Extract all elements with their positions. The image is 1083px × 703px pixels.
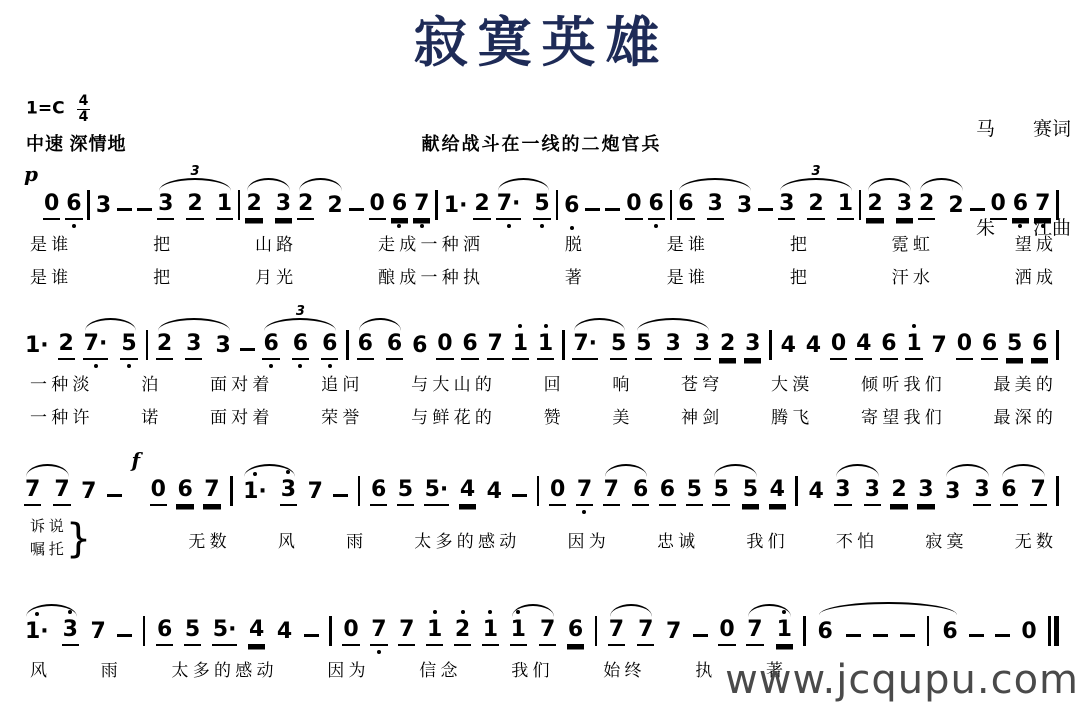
note: 7 <box>307 480 324 506</box>
note: 0 <box>625 192 642 220</box>
note: 3 <box>664 332 681 360</box>
bar-line <box>143 616 146 646</box>
dash-line <box>107 494 122 498</box>
tuplet-number: 3 <box>191 164 200 179</box>
octave-dot-above <box>286 470 290 474</box>
note: 6 <box>648 192 665 220</box>
note: 3 <box>944 480 961 506</box>
note: 3 <box>834 478 851 506</box>
note: 1 <box>216 192 233 220</box>
note: 4 <box>805 334 822 360</box>
note: 5 <box>712 478 729 506</box>
lyric-row: 是 谁把山 路走 成 一 种 洒脱是 谁把霓 虹望 成 <box>0 230 1083 255</box>
slur-group: 7·5 <box>496 192 551 220</box>
note: 6 <box>1000 478 1017 506</box>
note: 1· <box>443 194 469 220</box>
slur-group: 22 <box>918 192 965 220</box>
lyric-segment: 腾 飞 <box>771 403 809 428</box>
note: 7 <box>413 192 430 220</box>
note: 1· <box>24 620 50 646</box>
note: 5 <box>120 332 137 360</box>
lyric-segment: 面 对 着 <box>210 370 270 395</box>
lyric-segment: 忠 诚 <box>657 527 695 552</box>
note: 5 <box>184 618 201 646</box>
note: 6 <box>567 618 584 646</box>
note: 0 <box>956 332 973 360</box>
lyric-segment: 寂 寞 <box>925 527 963 552</box>
music-line: 777f0671·37655·44077665554433233367 <box>0 458 1083 506</box>
note: 2 <box>947 194 964 220</box>
lyric-segment: 因 为 <box>327 656 365 681</box>
slur-group: 71 <box>746 618 793 646</box>
dash-line <box>349 208 364 212</box>
octave-dot-above <box>433 610 437 614</box>
dash-line <box>512 494 527 498</box>
bar-line <box>927 616 930 646</box>
dash-line <box>758 208 773 212</box>
lyric-segment: 是 谁 <box>30 263 68 288</box>
note: 4 <box>780 334 797 360</box>
brace-icon: } <box>66 516 91 562</box>
note: 7 <box>1030 478 1047 506</box>
note: 1· <box>24 334 50 360</box>
key-label: 1=C <box>26 98 65 118</box>
lyric-segment: 风 <box>278 527 295 552</box>
lyric-brace: 诉 说嘱 托} <box>30 516 91 563</box>
lyric-segment: 太 多 的 感 动 <box>414 527 516 552</box>
lyric-segment: 一 种 淡 <box>30 370 90 395</box>
bar-line <box>346 330 349 360</box>
note: 7 <box>1034 192 1051 220</box>
lyric-segment: 洒 成 <box>1015 263 1053 288</box>
note: 5 <box>635 332 652 360</box>
lyric-segment: 无 数 <box>1015 527 1053 552</box>
sheet-music-page: 寂寞英雄 马 赛词 朱 江曲 1=C44 中速 深情地 献给战斗在一线的二炮官兵… <box>0 0 1083 703</box>
tempo-marking: 中速 深情地 <box>26 130 127 156</box>
note: 4 <box>248 618 265 646</box>
note: 7 <box>539 618 556 646</box>
bar-line <box>329 616 332 646</box>
bar-line <box>146 330 149 360</box>
note: 3 <box>896 192 913 220</box>
note: 6 <box>981 332 998 360</box>
note: 6 <box>411 334 428 360</box>
lyric-segment: 我 们 <box>746 527 784 552</box>
note: 2 <box>890 478 907 506</box>
slur-group: 1·3 <box>24 618 79 646</box>
bar-line <box>1056 330 1059 360</box>
lyric-segment: 诺 <box>141 403 158 428</box>
slur-group: 33 <box>944 478 991 506</box>
note: 1 <box>837 192 854 220</box>
note: 6 <box>321 332 338 360</box>
note: 2 <box>454 618 471 646</box>
lyric-segment: 走 成 一 种 洒 <box>378 230 480 255</box>
dash-line <box>117 634 132 638</box>
page-title: 寂寞英雄 <box>414 0 670 77</box>
slur-group: 76 <box>603 478 650 506</box>
bar-line <box>803 616 806 646</box>
dash-line <box>995 634 1010 638</box>
slur-group: 55 <box>712 478 759 506</box>
music-line: 1·27·52333666666067117·55332344046170656 <box>0 312 1083 360</box>
note: 6 <box>659 478 676 506</box>
note: 4 <box>486 480 503 506</box>
octave-dot-below <box>507 224 511 228</box>
lyric-segment: 山 路 <box>255 230 293 255</box>
note: 5 <box>610 332 627 360</box>
note: 6 <box>880 332 897 360</box>
lyric-segment: 月 光 <box>255 263 293 288</box>
note: 0 <box>436 332 453 360</box>
slur-group: 233 <box>156 332 232 360</box>
slur-group: 7·5 <box>83 332 138 360</box>
lyric-row: 一 种 许诺面 对 着荣 誉与 鲜 花 的赞美神 剑腾 飞寄 望 我 们最 深 … <box>0 403 1083 428</box>
music-line: 1·37655·44077121176777071660 <box>0 598 1083 646</box>
lyric-segment: 一 种 许 <box>30 403 90 428</box>
note: 4 <box>807 480 824 506</box>
note: 3 <box>275 192 292 220</box>
octave-dot-below <box>269 364 273 368</box>
note: 6 <box>632 478 649 506</box>
bar-line <box>670 190 673 220</box>
lyric-segment: 把 <box>790 263 807 288</box>
note: 3 <box>707 192 724 220</box>
lyric-segment: 不 怕 <box>836 527 874 552</box>
lyric-segment: 荣 誉 <box>321 403 359 428</box>
note: 4 <box>855 332 872 360</box>
note: 0 <box>342 618 359 646</box>
octave-dot-below <box>127 364 131 368</box>
lyric-segment: 汗 水 <box>892 263 930 288</box>
octave-dot-below <box>94 364 98 368</box>
brace-lines: 诉 说嘱 托 <box>30 516 64 563</box>
octave-dot-above <box>253 472 257 476</box>
note: 7 <box>637 618 654 646</box>
octave-dot-below <box>1041 224 1045 228</box>
note: 0 <box>43 192 60 220</box>
note: 7 <box>53 478 70 506</box>
bar-line <box>238 190 241 220</box>
note: 5 <box>397 478 414 506</box>
brace-line-bottom: 嘱 托 <box>30 539 64 562</box>
note: 7 <box>90 620 107 646</box>
bar-line <box>1056 190 1059 220</box>
system-3: 777f0671·37655·44077665554433233367诉 说嘱 … <box>0 458 1083 563</box>
octave-dot-above <box>518 324 522 328</box>
note: 6 <box>677 192 694 220</box>
slur-group: 67 <box>1000 478 1047 506</box>
lyric-segment: 信 念 <box>419 656 457 681</box>
watermark: www.jcqupu.com <box>725 657 1079 703</box>
slur-group: 3321 <box>778 192 854 220</box>
note: 2 <box>807 192 824 220</box>
brace-line-top: 诉 说 <box>30 516 64 539</box>
dash-line <box>970 208 985 212</box>
slur-group: 3666 <box>262 332 338 360</box>
bar-line <box>435 190 438 220</box>
note: 7 <box>80 480 97 506</box>
octave-dot-below <box>377 650 381 654</box>
octave-dot-above <box>461 610 465 614</box>
lyric-segment: 赞 <box>544 403 561 428</box>
lyric-segment: 望 成 <box>1015 230 1053 255</box>
bar-line <box>595 616 598 646</box>
note: 5 <box>742 478 759 506</box>
note: 4 <box>276 620 293 646</box>
lyric-row: 诉 说嘱 托}无 数风雨太 多 的 感 动因 为忠 诚我 们不 怕寂 寞无 数 <box>0 516 1083 563</box>
note: 7 <box>665 620 682 646</box>
note: 1 <box>537 332 554 360</box>
slur-group: 66 <box>817 616 959 646</box>
lyric-segment: 执 <box>695 656 712 681</box>
lyric-segment: 是 谁 <box>30 230 68 255</box>
note: 6 <box>386 332 403 360</box>
note: 5· <box>424 478 450 506</box>
note: 2 <box>58 332 75 360</box>
bar-line <box>87 190 90 220</box>
lyric-segment: 因 为 <box>567 527 605 552</box>
slur-group: 33 <box>834 478 881 506</box>
note: 5 <box>686 478 703 506</box>
slur-group: 3321 <box>157 192 233 220</box>
slur-group: 7·5 <box>572 332 627 360</box>
note: 6 <box>1012 192 1029 220</box>
lyric-segment: 脱 <box>565 230 582 255</box>
lyric-row: 一 种 淡泊面 对 着追 问与 大 山 的回响苍 穹大 漠倾 听 我 们最 美 … <box>0 370 1083 395</box>
lyric-segment: 无 数 <box>188 527 226 552</box>
lyric-segment: 风 <box>30 656 47 681</box>
dash-line <box>873 634 888 638</box>
note: 7 <box>576 478 593 506</box>
lyric-segment: 最 深 的 <box>993 403 1053 428</box>
meter-denominator: 4 <box>77 110 91 125</box>
time-signature: 44 <box>77 94 91 126</box>
octave-dot-above <box>35 612 39 616</box>
octave-dot-below <box>328 364 332 368</box>
lyric-segment: 把 <box>153 263 170 288</box>
bar-line <box>537 476 540 506</box>
note: 2 <box>326 194 343 220</box>
note: 3 <box>157 192 174 220</box>
lyric-segment: 美 <box>612 403 629 428</box>
note: 3 <box>62 618 79 646</box>
lyric-segment: 寄 望 我 们 <box>861 403 942 428</box>
note: 7 <box>203 478 220 506</box>
bar-line <box>562 330 565 360</box>
bar-line <box>795 476 798 506</box>
note: 2 <box>297 192 314 220</box>
slur-group: 66 <box>357 332 404 360</box>
dedication: 献给战斗在一线的二炮官兵 <box>422 130 662 156</box>
note: 7 <box>603 478 620 506</box>
bar-line <box>769 330 772 360</box>
note: 2 <box>719 332 736 360</box>
octave-dot-below <box>72 224 76 228</box>
octave-dot-above <box>516 610 520 614</box>
note: 6 <box>563 194 580 220</box>
note: 3 <box>744 332 761 360</box>
lyric-segment: 把 <box>153 230 170 255</box>
slur-group: 77 <box>608 618 655 646</box>
lyric-segment: 把 <box>790 230 807 255</box>
note: 3 <box>214 334 231 360</box>
note: 6 <box>391 192 408 220</box>
note: 6 <box>357 332 374 360</box>
note: 3 <box>917 478 934 506</box>
note: 7· <box>83 332 109 360</box>
lyric-segment: 是 谁 <box>667 230 705 255</box>
lyric-segment: 太 多 的 感 动 <box>172 656 274 681</box>
octave-dot-below <box>1018 224 1022 228</box>
dash-line <box>900 634 915 638</box>
octave-dot-above <box>912 324 916 328</box>
note: 5 <box>1006 332 1023 360</box>
note: 6 <box>65 192 82 220</box>
dash-line <box>846 634 861 638</box>
lyric-row: 是 谁把月 光酿 成 一 种 执著是 谁把汗 水洒 成 <box>0 263 1083 288</box>
note: 3 <box>778 192 795 220</box>
dash-line <box>969 634 984 638</box>
octave-dot-below <box>397 224 401 228</box>
note: 3 <box>973 478 990 506</box>
lyric-segment: 与 大 山 的 <box>411 370 492 395</box>
bar-line <box>859 190 862 220</box>
slur-group: 1·3 <box>242 478 297 506</box>
note: 7 <box>608 618 625 646</box>
note: 1 <box>482 618 499 646</box>
meter-numerator: 4 <box>77 94 91 110</box>
lyric-segment: 著 <box>565 263 582 288</box>
slur-group: 533 <box>635 332 711 360</box>
system-1: p063332123220671·27·560663333212322067是 … <box>0 172 1083 288</box>
dash-line <box>605 208 620 212</box>
lyric-segment: 面 对 着 <box>210 403 270 428</box>
note: 7 <box>487 332 504 360</box>
note: 6 <box>461 332 478 360</box>
dash-line <box>240 348 255 352</box>
lyric-segment: 回 <box>544 370 561 395</box>
note: 1 <box>510 618 527 646</box>
lyric-segment: 苍 穹 <box>681 370 719 395</box>
bar-line <box>358 476 361 506</box>
note: 3 <box>736 194 753 220</box>
slur-group: 633 <box>677 192 753 220</box>
dash-line <box>304 634 319 638</box>
note: 3 <box>694 332 711 360</box>
lyric-segment: 追 问 <box>321 370 359 395</box>
note: 1 <box>426 618 443 646</box>
bar-line <box>1048 616 1051 646</box>
music-line: p063332123220671·27·560663333212322067 <box>0 172 1083 220</box>
lyric-segment: 神 剑 <box>681 403 719 428</box>
note: 0 <box>369 192 386 220</box>
lyric-segment: 始 终 <box>603 656 641 681</box>
dynamic-mark: p <box>24 162 38 186</box>
octave-dot-below <box>654 224 658 228</box>
bar-line-thick <box>1054 616 1059 646</box>
note: 5· <box>212 618 238 646</box>
bar-line <box>1056 476 1059 506</box>
dash-line <box>117 208 132 212</box>
octave-dot-below <box>570 226 574 230</box>
slur-group: 77 <box>24 478 71 506</box>
lyric-segment: 响 <box>612 370 629 395</box>
note: 6 <box>817 620 834 646</box>
note: 2 <box>156 332 173 360</box>
slur-group: 17 <box>510 618 557 646</box>
note: 0 <box>830 332 847 360</box>
bar-line <box>556 190 559 220</box>
octave-dot-below <box>298 364 302 368</box>
note: 4 <box>769 478 786 506</box>
note: 6 <box>156 618 173 646</box>
note: 3 <box>95 194 112 220</box>
lyric-segment: 雨 <box>101 656 118 681</box>
lyric-segment: 雨 <box>346 527 363 552</box>
note: 6 <box>292 332 309 360</box>
slur-group: 22 <box>297 192 344 220</box>
lyric-segment: 酿 成 一 种 执 <box>378 263 480 288</box>
note: 6 <box>262 332 279 360</box>
note: 3 <box>864 478 881 506</box>
note: 6 <box>370 478 387 506</box>
lyric-segment: 是 谁 <box>667 263 705 288</box>
note: 3 <box>280 478 297 506</box>
note: 7 <box>370 618 387 646</box>
lyric-segment: 大 漠 <box>771 370 809 395</box>
note: 6 <box>941 620 958 646</box>
note: 5 <box>533 192 550 220</box>
note: 1 <box>905 332 922 360</box>
octave-dot-below <box>420 224 424 228</box>
octave-dot-below <box>582 510 586 514</box>
lyric-segment: 泊 <box>141 370 158 395</box>
note: 2 <box>918 192 935 220</box>
lyricist-credit: 马 赛词 <box>976 113 1071 146</box>
note: 7· <box>572 332 598 360</box>
note: 0 <box>990 192 1007 220</box>
dash-line <box>693 634 708 638</box>
lyric-segment: 最 美 的 <box>993 370 1053 395</box>
note: 2 <box>245 192 262 220</box>
note: 3 <box>185 332 202 360</box>
note: 1 <box>512 332 529 360</box>
note: 1· <box>242 480 268 506</box>
note: 2 <box>186 192 203 220</box>
lyric-segment: 我 们 <box>511 656 549 681</box>
note: 0 <box>718 618 735 646</box>
lyric-segment: 霓 虹 <box>892 230 930 255</box>
note: 0 <box>549 478 566 506</box>
slur-group: 23 <box>245 192 292 220</box>
octave-dot-above <box>488 610 492 614</box>
octave-dot-above <box>782 610 786 614</box>
dash-line <box>585 208 600 212</box>
system-2: 1·27·52333666666067117·55332344046170656… <box>0 312 1083 428</box>
note: 7 <box>746 618 763 646</box>
slur-group: 23 <box>866 192 913 220</box>
note: 0 <box>1020 620 1037 646</box>
dynamic-mark: f <box>131 448 140 472</box>
note: 7· <box>496 192 522 220</box>
note: 7 <box>398 618 415 646</box>
dash-line <box>333 494 348 498</box>
note: 7 <box>24 478 41 506</box>
tuplet-number: 3 <box>296 304 305 319</box>
key-signature: 1=C44 <box>26 94 90 126</box>
note: 0 <box>150 478 167 506</box>
